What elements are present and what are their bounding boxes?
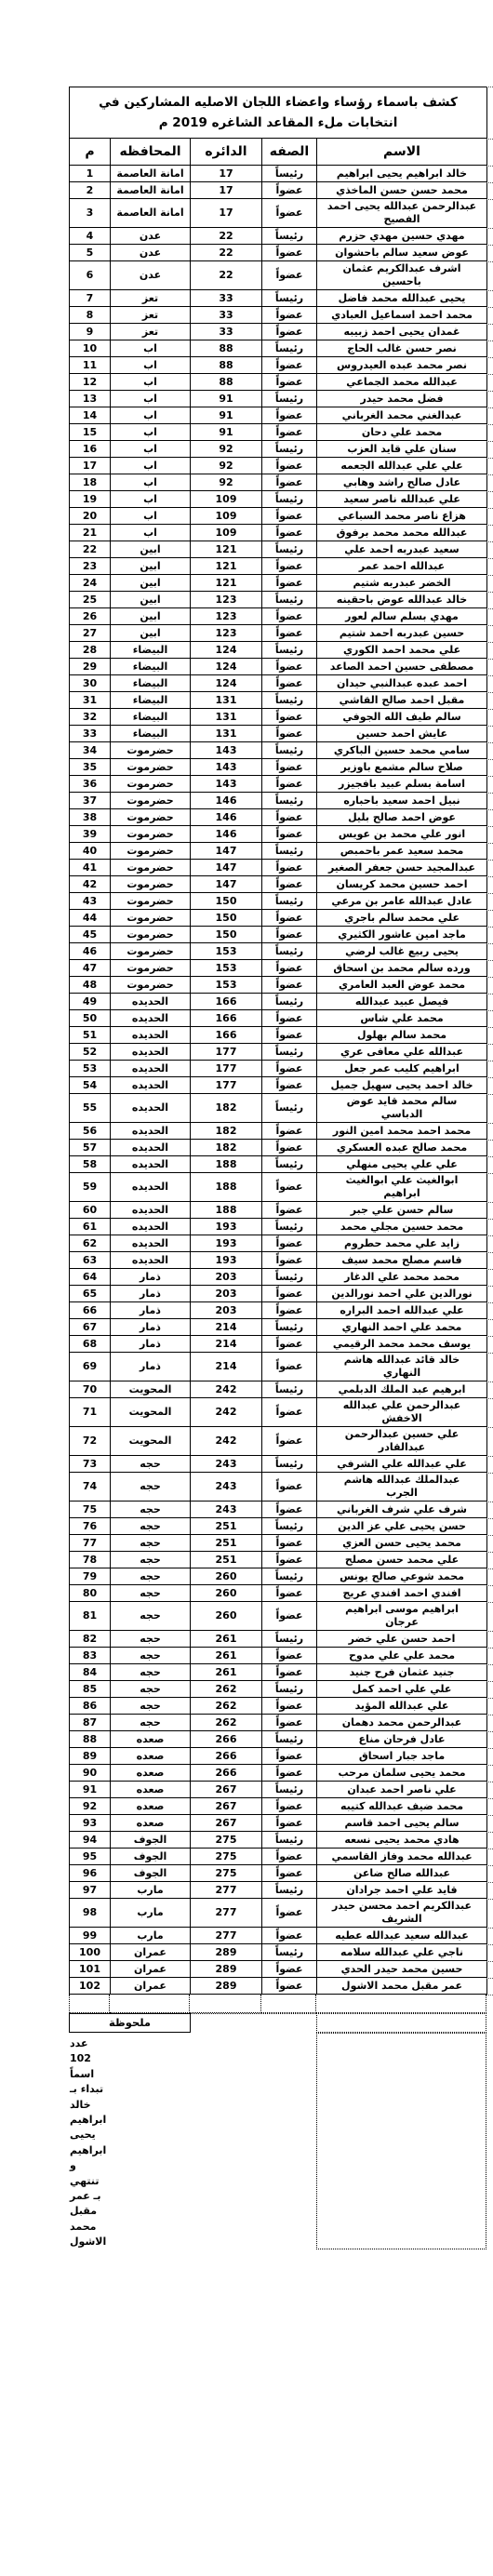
serial-cell: 3 xyxy=(70,199,111,228)
district-cell: 109 xyxy=(191,491,262,508)
table-row: 25ابين123رئيساًخالد عبدالله عوض باحقينه xyxy=(70,592,487,608)
name-cell: عبدالرحمن علي عبدالله الاخفش xyxy=(317,1398,487,1427)
serial-cell: 77 xyxy=(70,1535,111,1552)
role-cell: عضواً xyxy=(262,759,317,776)
grid-tick xyxy=(486,1061,493,1061)
serial-cell: 93 xyxy=(70,1815,111,1832)
serial-cell: 43 xyxy=(70,893,111,910)
role-cell: عضواً xyxy=(262,1202,317,1219)
serial-cell: 59 xyxy=(70,1173,111,1202)
district-cell: 123 xyxy=(191,592,262,608)
grid-tick xyxy=(486,1748,493,1749)
serial-cell: 20 xyxy=(70,508,111,525)
serial-cell: 90 xyxy=(70,1765,111,1782)
role-cell: رئيساً xyxy=(262,1944,317,1961)
table-row: 93صعده267عضواًسالم يحيى احمد قاسم xyxy=(70,1815,487,1832)
serial-cell: 10 xyxy=(70,340,111,357)
grid-tick xyxy=(486,1631,493,1632)
governorate-cell: ذمار xyxy=(111,1336,191,1353)
serial-cell: 86 xyxy=(70,1698,111,1715)
district-cell: 261 xyxy=(191,1664,262,1681)
table-row: 72المحويت242عضواًعلي حسين عبدالرحمن عبدا… xyxy=(70,1427,487,1456)
role-cell: عضواً xyxy=(262,1585,317,1602)
name-cell: عبدالله محمد محمد برفوق xyxy=(317,525,487,541)
grid-tick xyxy=(486,166,493,167)
governorate-cell: حضرموت xyxy=(111,977,191,994)
district-cell: 91 xyxy=(191,391,262,407)
name-cell: علي علي احمد كمل xyxy=(317,1681,487,1698)
serial-cell: 37 xyxy=(70,793,111,809)
governorate-cell: حجه xyxy=(111,1698,191,1715)
serial-cell: 14 xyxy=(70,407,111,424)
governorate-cell: مارب xyxy=(111,1882,191,1899)
serial-cell: 60 xyxy=(70,1202,111,1219)
district-cell: 91 xyxy=(191,407,262,424)
table-row: 101عمران289عضواًحسين محمد حيدر الحدي xyxy=(70,1961,487,1978)
role-cell: رئيساً xyxy=(262,228,317,245)
serial-cell: 8 xyxy=(70,307,111,324)
table-row: 22ابين121رئيساًسعيد عبدربه احمد علي xyxy=(70,541,487,558)
grid-tick xyxy=(486,199,493,200)
grid-tick xyxy=(486,1398,493,1399)
table-row: 3امانة العاصمة17عضواًعبدالرحمن عبدالله ي… xyxy=(70,199,487,228)
district-cell: 193 xyxy=(191,1219,262,1235)
table-row: 6عدن22عضواًاشرف عبدالكريم عثمان باحسين xyxy=(70,261,487,290)
governorate-cell: امانة العاصمة xyxy=(111,182,191,199)
name-cell: عبدالغني محمد الغرباني xyxy=(317,407,487,424)
role-cell: عضواً xyxy=(262,1010,317,1027)
district-cell: 131 xyxy=(191,692,262,709)
governorate-cell: مارب xyxy=(111,1899,191,1928)
name-cell: صلاح سالم مشمع باوزير xyxy=(317,759,487,776)
note-line: محمد xyxy=(70,2220,191,2235)
name-cell: عادل فرحان مناع xyxy=(317,1731,487,1748)
governorate-cell: البيضاء xyxy=(111,675,191,692)
governorate-cell: حجه xyxy=(111,1648,191,1664)
district-cell: 275 xyxy=(191,1865,262,1882)
governorate-cell: الحديده xyxy=(111,1077,191,1094)
governorate-cell: تعز xyxy=(111,290,191,307)
table-row: 82حجه261رئيساًاحمد حسن علي خضر xyxy=(70,1631,487,1648)
name-cell: عبدالله علي معافى عري xyxy=(317,1044,487,1061)
role-cell: رئيساً xyxy=(262,1094,317,1123)
role-cell: رئيساً xyxy=(262,290,317,307)
grid-tick xyxy=(486,742,493,743)
table-row: 21اب109عضواًعبدالله محمد محمد برفوق xyxy=(70,525,487,541)
role-cell: عضواً xyxy=(262,199,317,228)
serial-cell: 2 xyxy=(70,182,111,199)
table-row: 102عمران289عضواًعمر مقبل محمد الاشول xyxy=(70,1978,487,1995)
district-cell: 109 xyxy=(191,525,262,541)
serial-cell: 99 xyxy=(70,1928,111,1944)
grid-tick xyxy=(486,1899,493,1900)
role-cell: عضواً xyxy=(262,1648,317,1664)
governorate-cell: مارب xyxy=(111,1928,191,1944)
governorate-cell: صعده xyxy=(111,1765,191,1782)
grid-tick xyxy=(486,1302,493,1303)
role-cell: عضواً xyxy=(262,1235,317,1252)
district-cell: 121 xyxy=(191,558,262,575)
district-cell: 243 xyxy=(191,1456,262,1473)
table-row: 15اب91عضواًمحمد علي دحان xyxy=(70,424,487,441)
serial-cell: 9 xyxy=(70,324,111,340)
name-cell: علي محمد سالم باجري xyxy=(317,910,487,927)
table-row: 45حضرموت150عضواًماجد امين عاشور الكثيري xyxy=(70,927,487,943)
name-cell: عبدالرحمن عبدالله يحيى احمد الفصيح xyxy=(317,199,487,228)
grid-tick xyxy=(486,491,493,492)
table-row: 31البيضاء131رئيساًمقبل احمد صالح القاشي xyxy=(70,692,487,709)
grid-tick xyxy=(486,525,493,526)
name-cell: سالم حسن علي جبر xyxy=(317,1202,487,1219)
grid-tick xyxy=(486,324,493,325)
grid-tick xyxy=(486,374,493,375)
governorate-cell: عمران xyxy=(111,1978,191,1995)
table-row: 7تعز33رئيساًيحيى عبدالله محمد فاضل xyxy=(70,290,487,307)
district-cell: 150 xyxy=(191,893,262,910)
serial-cell: 25 xyxy=(70,592,111,608)
table-row: 76حجه251رئيساًحسن يحيى علي عز الدين xyxy=(70,1518,487,1535)
district-cell: 267 xyxy=(191,1798,262,1815)
name-cell: ابوالغيث علي ابوالغيث ابراهيم xyxy=(317,1173,487,1202)
name-cell: علي محمد حسن مصلح xyxy=(317,1552,487,1568)
district-cell: 17 xyxy=(191,199,262,228)
name-cell: غمدان يحيى احمد زبيبه xyxy=(317,324,487,340)
district-cell: 182 xyxy=(191,1123,262,1140)
governorate-cell: ابين xyxy=(111,558,191,575)
role-cell: عضواً xyxy=(262,675,317,692)
governorate-cell: الحديده xyxy=(111,1094,191,1123)
table-row: 70المحويت242رئيساًابرهيم عبد الملك الدبل… xyxy=(70,1381,487,1398)
serial-cell: 22 xyxy=(70,541,111,558)
name-cell: مقبل احمد صالح القاشي xyxy=(317,692,487,709)
governorate-cell: ابين xyxy=(111,541,191,558)
governorate-cell: عدن xyxy=(111,228,191,245)
role-cell: عضواً xyxy=(262,1077,317,1094)
grid-tick xyxy=(486,759,493,760)
governorate-cell: اب xyxy=(111,357,191,374)
governorate-cell: البيضاء xyxy=(111,659,191,675)
role-cell: عضواً xyxy=(262,1427,317,1456)
grid-tick xyxy=(486,1944,493,1945)
dotted-cell xyxy=(316,2013,486,2033)
table-row: 19اب109رئيساًعلي عبدالله ناصر سعيد xyxy=(70,491,487,508)
name-cell: محمد علي علي مدوح xyxy=(317,1648,487,1664)
serial-cell: 80 xyxy=(70,1585,111,1602)
district-cell: 203 xyxy=(191,1286,262,1302)
serial-cell: 82 xyxy=(70,1631,111,1648)
role-cell: عضواً xyxy=(262,860,317,876)
grid-tick xyxy=(486,1815,493,1816)
table-row: 92صعده267عضواًمحمد ضيف عبدالله كتيبه xyxy=(70,1798,487,1815)
name-cell: عبدالملك عبدالله هاشم الجرب xyxy=(317,1473,487,1502)
name-cell: عادل صالح راشد وهابي xyxy=(317,474,487,491)
governorate-cell: ابين xyxy=(111,625,191,642)
table-row: 5عدن22عضواًعوض سعيد سالم باحشوان xyxy=(70,245,487,261)
role-cell: رئيساً xyxy=(262,1219,317,1235)
name-cell: انور علي محمد بن عويس xyxy=(317,826,487,843)
role-cell: عضواً xyxy=(262,1027,317,1044)
grid-tick xyxy=(486,139,493,140)
grid-tick xyxy=(486,860,493,861)
grid-tick xyxy=(486,1995,493,1995)
governorate-cell: حجه xyxy=(111,1535,191,1552)
role-cell: عضواً xyxy=(262,1928,317,1944)
governorate-cell: حضرموت xyxy=(111,759,191,776)
serial-cell: 50 xyxy=(70,1010,111,1027)
name-cell: علي عبدالله احمد البراره xyxy=(317,1302,487,1319)
name-cell: احمد حسن علي خضر xyxy=(317,1631,487,1648)
governorate-cell: المحويت xyxy=(111,1398,191,1427)
table-row: 79حجه260رئيساًمحمد شوعي صالح يونس xyxy=(70,1568,487,1585)
name-cell: افندي احمد افندي عريج xyxy=(317,1585,487,1602)
serial-cell: 89 xyxy=(70,1748,111,1765)
district-cell: 177 xyxy=(191,1061,262,1077)
table-row: 99مارب277عضواًعبدالله سعيد عبدالله عطيه xyxy=(70,1928,487,1944)
name-cell: نورالدين علي احمد نورالدين xyxy=(317,1286,487,1302)
role-cell: عضواً xyxy=(262,245,317,261)
grid-tick xyxy=(486,245,493,246)
grid-tick xyxy=(486,1664,493,1665)
name-cell: يحيى ربيع غالب لرضي xyxy=(317,943,487,960)
note-line: بـ عمر xyxy=(70,2189,191,2204)
name-cell: ناجي علي عبدالله سلامه xyxy=(317,1944,487,1961)
role-cell: عضواً xyxy=(262,977,317,994)
table-row: 71المحويت242عضواًعبدالرحمن علي عبدالله ا… xyxy=(70,1398,487,1427)
grid-tick xyxy=(486,558,493,559)
district-cell: 146 xyxy=(191,809,262,826)
role-cell: عضواً xyxy=(262,1061,317,1077)
dotted-box xyxy=(316,2033,486,2249)
name-cell: حسن يحيى علي عز الدين xyxy=(317,1518,487,1535)
district-cell: 262 xyxy=(191,1698,262,1715)
role-cell: عضواً xyxy=(262,776,317,793)
grid-tick xyxy=(486,1156,493,1157)
name-cell: اسامة بسلم عبيد بافجيزر xyxy=(317,776,487,793)
serial-cell: 52 xyxy=(70,1044,111,1061)
header-row: م المحافظه الدائره الصفه الاسم xyxy=(70,139,487,166)
name-cell: هزاع ناصر محمد السباعي xyxy=(317,508,487,525)
grid-tick xyxy=(486,726,493,727)
role-cell: رئيساً xyxy=(262,793,317,809)
name-cell: عبدالله صالح ضاعن xyxy=(317,1865,487,1882)
role-cell: رئيساً xyxy=(262,1832,317,1849)
governorate-cell: الحديده xyxy=(111,1044,191,1061)
district-cell: 166 xyxy=(191,1027,262,1044)
name-cell: علي علي عبدالله الجعمه xyxy=(317,458,487,474)
role-cell: عضواً xyxy=(262,424,317,441)
name-cell: فيصل عبيد عبدالله xyxy=(317,994,487,1010)
grid-tick xyxy=(486,1961,493,1962)
role-cell: عضواً xyxy=(262,261,317,290)
table-row: 44حضرموت150عضواًعلي محمد سالم باجري xyxy=(70,910,487,927)
governorate-cell: حضرموت xyxy=(111,910,191,927)
grid-tick xyxy=(486,625,493,626)
district-cell: 203 xyxy=(191,1269,262,1286)
table-title: كشف باسماء رؤساء واعضاء اللجان الاصليه ا… xyxy=(70,87,487,139)
serial-cell: 57 xyxy=(70,1140,111,1156)
table-row: 8تعز33عضواًمحمد احمد اسماعيل العبادي xyxy=(70,307,487,324)
district-cell: 153 xyxy=(191,943,262,960)
grid-tick xyxy=(486,1123,493,1124)
district-cell: 121 xyxy=(191,575,262,592)
serial-cell: 100 xyxy=(70,1944,111,1961)
name-cell: سامي محمد حسين الباكري xyxy=(317,742,487,759)
role-cell: عضواً xyxy=(262,374,317,391)
role-cell: رئيساً xyxy=(262,1456,317,1473)
serial-cell: 95 xyxy=(70,1849,111,1865)
role-cell: عضواً xyxy=(262,458,317,474)
role-cell: رئيساً xyxy=(262,994,317,1010)
role-cell: عضواً xyxy=(262,625,317,642)
governorate-cell: البيضاء xyxy=(111,726,191,742)
serial-cell: 4 xyxy=(70,228,111,245)
note-row: ملحوظة xyxy=(69,2013,486,2033)
serial-cell: 6 xyxy=(70,261,111,290)
table-row: 78حجه251عضواًعلي محمد حسن مصلح xyxy=(70,1552,487,1568)
table-row: 38حضرموت146عضواًعوض احمد صالح بليل xyxy=(70,809,487,826)
grid-tick xyxy=(486,407,493,408)
table-row: 39حضرموت146عضواًانور علي محمد بن عويس xyxy=(70,826,487,843)
district-cell: 33 xyxy=(191,307,262,324)
district-cell: 109 xyxy=(191,508,262,525)
name-cell: عبدالله محمد الجماعي xyxy=(317,374,487,391)
governorate-cell: ابين xyxy=(111,592,191,608)
role-cell: رئيساً xyxy=(262,340,317,357)
serial-cell: 62 xyxy=(70,1235,111,1252)
role-cell: عضواً xyxy=(262,809,317,826)
serial-cell: 91 xyxy=(70,1782,111,1798)
district-cell: 22 xyxy=(191,245,262,261)
sheet: كشف باسماء رؤساء واعضاء اللجان الاصليه ا… xyxy=(0,0,493,2576)
serial-cell: 46 xyxy=(70,943,111,960)
table-row: 74حجه243عضواًعبدالملك عبدالله هاشم الجرب xyxy=(70,1473,487,1502)
district-cell: 17 xyxy=(191,166,262,182)
role-cell: عضواً xyxy=(262,1765,317,1782)
governorate-cell: الحديده xyxy=(111,1252,191,1269)
grid-tick xyxy=(486,1882,493,1883)
name-cell: ابرهيم عبد الملك الدبلمي xyxy=(317,1381,487,1398)
governorate-cell: امانة العاصمة xyxy=(111,199,191,228)
table-row: 96الجوف275عضواًعبدالله صالح ضاعن xyxy=(70,1865,487,1882)
grid-tick xyxy=(486,1832,493,1833)
serial-cell: 34 xyxy=(70,742,111,759)
serial-cell: 35 xyxy=(70,759,111,776)
serial-cell: 76 xyxy=(70,1518,111,1535)
serial-cell: 5 xyxy=(70,245,111,261)
role-cell: عضواً xyxy=(262,1252,317,1269)
governorate-cell: الحديده xyxy=(111,1202,191,1219)
grid-tick xyxy=(486,1235,493,1236)
table-row: 77حجه251عضواًمحمد يحيى حسن العزي xyxy=(70,1535,487,1552)
governorate-cell: حضرموت xyxy=(111,843,191,860)
grid-tick xyxy=(486,424,493,425)
note-line: يحيى xyxy=(70,2128,191,2142)
governorate-cell: صعده xyxy=(111,1815,191,1832)
district-cell: 214 xyxy=(191,1319,262,1336)
district-cell: 123 xyxy=(191,608,262,625)
district-cell: 214 xyxy=(191,1336,262,1353)
district-cell: 251 xyxy=(191,1535,262,1552)
table-row: 27ابين123عضواًحسين عبدربه احمد شتيم xyxy=(70,625,487,642)
serial-cell: 45 xyxy=(70,927,111,943)
district-cell: 242 xyxy=(191,1427,262,1456)
district-cell: 124 xyxy=(191,642,262,659)
role-cell: عضواً xyxy=(262,508,317,525)
note-text: عدد102اسماًتبداء بـخالدابراهيميحيىابراهي… xyxy=(70,2036,191,2250)
name-cell: علي عبدالله ناصر سعيد xyxy=(317,491,487,508)
grid-tick xyxy=(486,541,493,542)
name-cell: عوض سعيد سالم باحشوان xyxy=(317,245,487,261)
grid-tick xyxy=(486,1456,493,1457)
serial-cell: 41 xyxy=(70,860,111,876)
table-row: 51الحديده166عضواًمحمد سالم بهلول xyxy=(70,1027,487,1044)
empty-cell xyxy=(316,1995,486,2013)
district-cell: 243 xyxy=(191,1473,262,1502)
governorate-cell: الحديده xyxy=(111,1235,191,1252)
table-row: 36حضرموت143عضواًاسامة بسلم عبيد بافجيزر xyxy=(70,776,487,793)
name-cell: خالد قائد عبدالله هاشم النهاري xyxy=(317,1353,487,1381)
serial-cell: 33 xyxy=(70,726,111,742)
governorate-cell: الجوف xyxy=(111,1832,191,1849)
table-row: 32البيضاء131عضواًسالم طيف الله الجوفي xyxy=(70,709,487,726)
table-row: 81حجه260عضواًابراهيم موسى ابراهيم عرجان xyxy=(70,1602,487,1631)
role-cell: رئيساً xyxy=(262,692,317,709)
district-cell: 147 xyxy=(191,876,262,893)
serial-cell: 67 xyxy=(70,1319,111,1336)
grid-tick xyxy=(486,474,493,475)
role-cell: عضواً xyxy=(262,659,317,675)
name-cell: خالد عبدالله عوض باحقينه xyxy=(317,592,487,608)
governorate-cell: ذمار xyxy=(111,1302,191,1319)
name-cell: هادي محمد يحيى نسعه xyxy=(317,1832,487,1849)
name-cell: علي عبدالله علي الشرفي xyxy=(317,1456,487,1473)
governorate-cell: اب xyxy=(111,491,191,508)
governorate-cell: حجه xyxy=(111,1456,191,1473)
grid-tick xyxy=(486,458,493,459)
name-cell: عوض احمد صالح بليل xyxy=(317,809,487,826)
governorate-cell: اب xyxy=(111,525,191,541)
serial-cell: 53 xyxy=(70,1061,111,1077)
role-cell: عضواً xyxy=(262,575,317,592)
grid-tick xyxy=(486,876,493,877)
serial-cell: 79 xyxy=(70,1568,111,1585)
serial-cell: 1 xyxy=(70,166,111,182)
governorate-cell: المحويت xyxy=(111,1427,191,1456)
governorate-cell: حجه xyxy=(111,1664,191,1681)
governorate-cell: اب xyxy=(111,508,191,525)
role-cell: عضواً xyxy=(262,927,317,943)
name-cell: يوسف محمد محمد الرقيمي xyxy=(317,1336,487,1353)
serial-cell: 83 xyxy=(70,1648,111,1664)
role-cell: رئيساً xyxy=(262,742,317,759)
governorate-cell: صعده xyxy=(111,1731,191,1748)
district-cell: 177 xyxy=(191,1077,262,1094)
role-cell: عضواً xyxy=(262,1173,317,1202)
serial-cell: 101 xyxy=(70,1961,111,1978)
serial-cell: 70 xyxy=(70,1381,111,1398)
district-cell: 166 xyxy=(191,994,262,1010)
district-cell: 243 xyxy=(191,1502,262,1518)
district-cell: 88 xyxy=(191,340,262,357)
serial-cell: 12 xyxy=(70,374,111,391)
column-header-serial: م xyxy=(70,139,111,166)
grid-tick xyxy=(486,182,493,183)
role-cell: رئيساً xyxy=(262,1269,317,1286)
district-cell: 267 xyxy=(191,1815,262,1832)
serial-cell: 94 xyxy=(70,1832,111,1849)
governorate-cell: اب xyxy=(111,441,191,458)
governorate-cell: الجوف xyxy=(111,1865,191,1882)
